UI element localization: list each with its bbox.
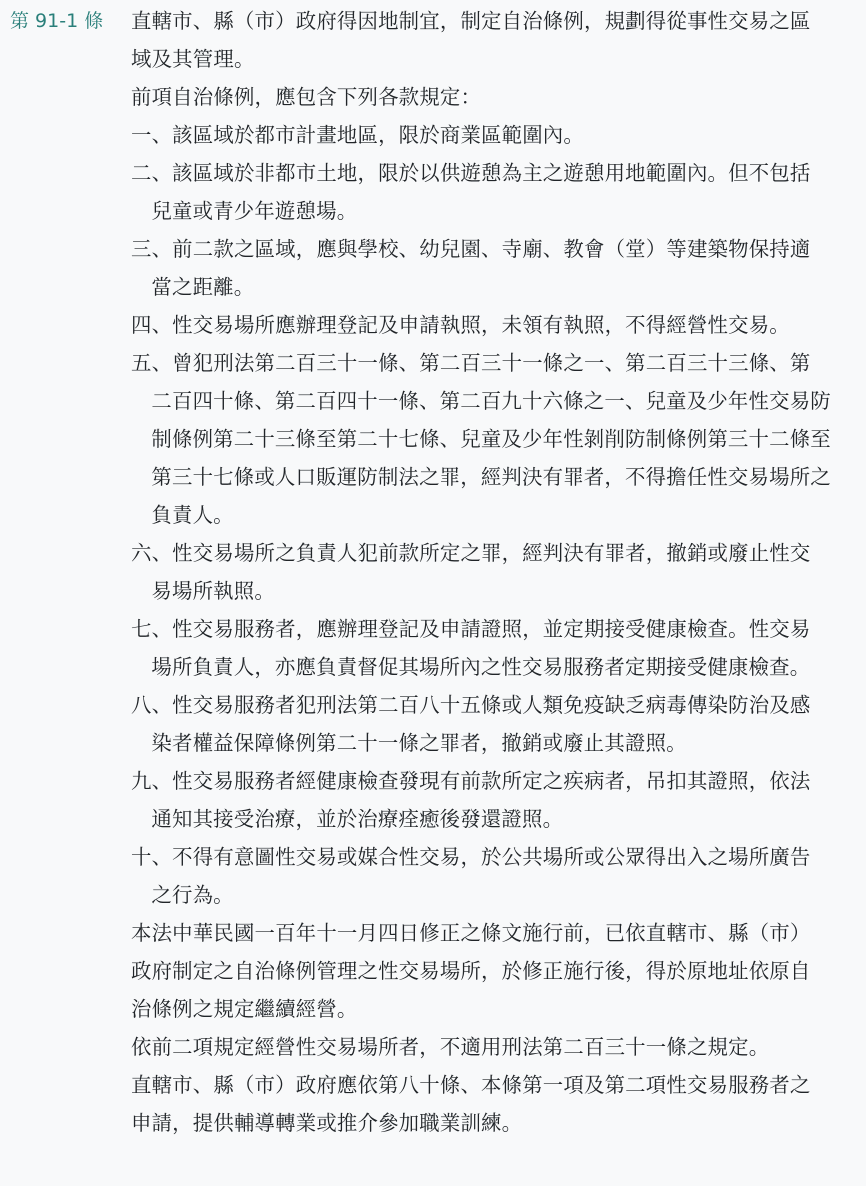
paragraph-4: 依前二項規定經營性交易場所者，不適用刑法第二百三十一條之規定。 [131,1028,831,1066]
paragraph-2: 前項自治條例，應包含下列各款規定： [131,78,831,116]
article-number: 第 91-1 條 [0,2,131,1142]
list-item-10: 十、不得有意圖性交易或媒合性交易，於公共場所或公眾得出入之場所廣告之行為。 [131,838,831,914]
list-item-3: 三、前二款之區域，應與學校、幼兒園、寺廟、教會（堂）等建築物保持適當之距離。 [131,230,831,306]
list-item-5: 五、曾犯刑法第二百三十一條、第二百三十一條之一、第二百三十三條、第二百四十條、第… [131,344,831,534]
list-item-8: 八、性交易服務者犯刑法第二百八十五條或人類免疫缺乏病毒傳染防治及感染者權益保障條… [131,686,831,762]
paragraph-1: 直轄市、縣（市）政府得因地制宜，制定自治條例，規劃得從事性交易之區域及其管理。 [131,2,831,78]
paragraph-3: 本法中華民國一百年十一月四日修正之條文施行前，已依直轄市、縣（市）政府制定之自治… [131,914,831,1028]
list-item-6: 六、性交易場所之負責人犯前款所定之罪，經判決有罪者，撤銷或廢止性交易場所執照。 [131,534,831,610]
list-item-9: 九、性交易服務者經健康檢查發現有前款所定之疾病者，吊扣其證照，依法通知其接受治療… [131,762,831,838]
list-item-2: 二、該區域於非都市土地，限於以供遊憩為主之遊憩用地範圍內。但不包括兒童或青少年遊… [131,154,831,230]
list-item-1: 一、該區域於都市計畫地區，限於商業區範圍內。 [131,116,831,154]
list-item-4: 四、性交易場所應辦理登記及申請執照，未領有執照，不得經營性交易。 [131,306,831,344]
paragraph-5: 直轄市、縣（市）政府應依第八十條、本條第一項及第二項性交易服務者之申請，提供輔導… [131,1066,831,1142]
article-body: 直轄市、縣（市）政府得因地制宜，制定自治條例，規劃得從事性交易之區域及其管理。 … [131,2,831,1142]
law-article: 第 91-1 條 直轄市、縣（市）政府得因地制宜，制定自治條例，規劃得從事性交易… [0,0,866,1142]
list-item-7: 七、性交易服務者，應辦理登記及申請證照，並定期接受健康檢查。性交易場所負責人，亦… [131,610,831,686]
